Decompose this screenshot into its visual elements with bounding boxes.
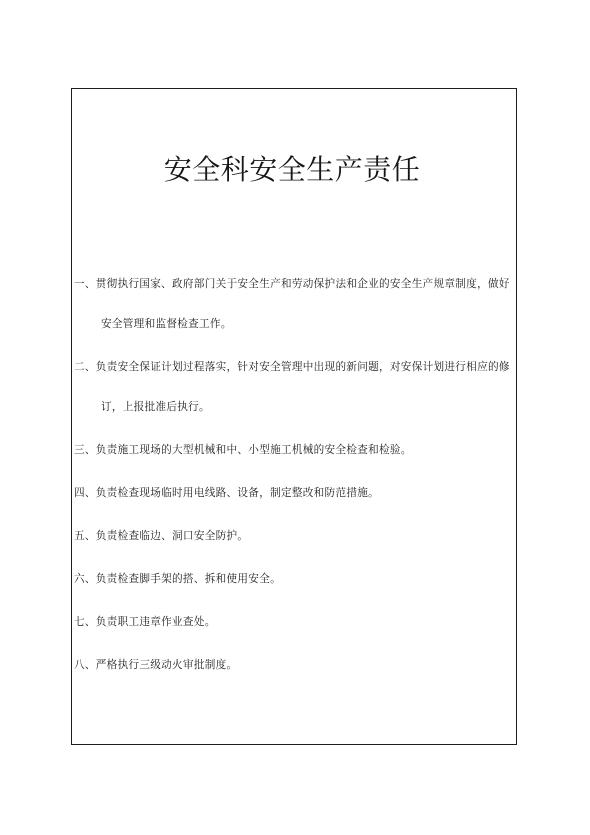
list-item-line: 订，上报批准后执行。	[101, 388, 510, 428]
list-item-line: 二、负责安全保证计划过程落实，针对安全管理中出现的新问题，对安保计划进行相应的修	[74, 348, 510, 388]
list-item-3: 三、负责施工现场的大型机械和中、小型施工机械的安全检查和检验。	[74, 431, 510, 471]
list-item-1: 一、贯彻执行国家、政府部门关于安全生产和劳动保护法和企业的安全生产规章制度，做好…	[74, 265, 510, 345]
list-item-7: 七、负责职工违章作业查处。	[74, 603, 510, 643]
list-item-4: 四、负责检查现场临时用电线路、设备，制定整改和防范措施。	[74, 474, 510, 514]
list-item-line: 五、负责检查临边、洞口安全防护。	[74, 517, 510, 557]
list-item-2: 二、负责安全保证计划过程落实，针对安全管理中出现的新问题，对安保计划进行相应的修…	[74, 348, 510, 428]
list-item-8: 八、严格执行三级动火审批制度。	[74, 646, 510, 686]
list-item-line: 六、负责检查脚手架的搭、拆和使用安全。	[74, 560, 510, 600]
responsibility-list: 一、贯彻执行国家、政府部门关于安全生产和劳动保护法和企业的安全生产规章制度，做好…	[74, 265, 510, 686]
list-item-5: 五、负责检查临边、洞口安全防护。	[74, 517, 510, 557]
list-item-line: 三、负责施工现场的大型机械和中、小型施工机械的安全检查和检验。	[74, 431, 510, 471]
list-item-line: 四、负责检查现场临时用电线路、设备，制定整改和防范措施。	[74, 474, 510, 514]
list-item-6: 六、负责检查脚手架的搭、拆和使用安全。	[74, 560, 510, 600]
screenshot-root: { "page": { "title": "安全科安全生产责任", "items…	[0, 0, 590, 835]
document-page: 安全科安全生产责任 一、贯彻执行国家、政府部门关于安全生产和劳动保护法和企业的安…	[71, 88, 517, 745]
list-item-line: 一、贯彻执行国家、政府部门关于安全生产和劳动保护法和企业的安全生产规章制度，做好	[74, 265, 510, 305]
list-item-line: 七、负责职工违章作业查处。	[74, 603, 510, 643]
document-title: 安全科安全生产责任	[74, 151, 510, 191]
list-item-line: 八、严格执行三级动火审批制度。	[74, 646, 510, 686]
list-item-line: 安全管理和监督检查工作。	[101, 305, 510, 345]
